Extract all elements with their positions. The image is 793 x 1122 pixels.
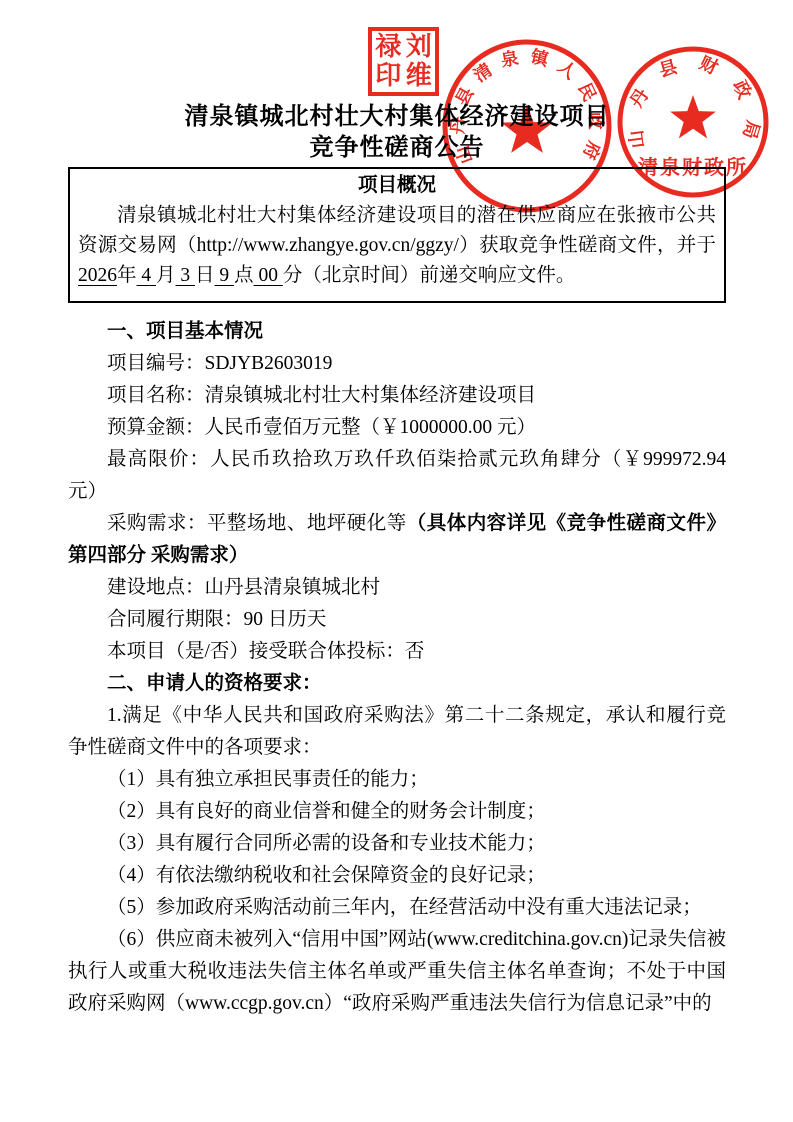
notice-unit-day: 日 — [195, 265, 215, 286]
notice-text: 清泉镇城北村壮大村集体经济建设项目的潜在供应商应在张掖市公共资源交易网（http… — [78, 205, 716, 256]
para-location: 建设地点：山丹县清泉镇城北村 — [68, 572, 726, 604]
para-qualification-2: （2）具有良好的商业信誉和健全的财务会计制度； — [68, 796, 726, 828]
personal-name-seal: 禄 刘 印 维 — [368, 27, 439, 96]
notice-month-blank: 4 — [137, 265, 157, 286]
name-seal-char-4: 维 — [406, 62, 432, 90]
para-price-cap: 最高限价：人民币玖拾玖万玖仟玖佰柒拾贰元玖角肆分（￥999972.94 元） — [68, 444, 726, 508]
procurement-normal: 采购需求：平整场地、地坪硬化等 — [107, 513, 407, 534]
para-procurement: 采购需求：平整场地、地坪硬化等（具体内容详见《竞争性磋商文件》第四部分 采购需求… — [68, 508, 726, 572]
body-text: 一、项目基本情况 项目编号：SDJYB2603019 项目名称：清泉镇城北村壮大… — [68, 316, 726, 1020]
star-icon — [501, 104, 552, 153]
document-page: 清泉镇城北村壮大村集体经济建设项目 竞争性磋商公告 项目概况 清泉镇城北村壮大村… — [0, 0, 793, 1122]
name-seal-char-1: 禄 — [375, 33, 401, 61]
notice-minute-blank: 00 — [254, 265, 283, 286]
section2-heading: 二、申请人的资格要求： — [68, 668, 726, 700]
para-qualification-6: （6）供应商未被列入“信用中国”网站(www.creditchina.gov.c… — [68, 924, 726, 1020]
notice-unit-year: 年 — [117, 265, 137, 286]
para-qualification-4: （4）有依法缴纳税收和社会保障资金的良好记录； — [68, 860, 726, 892]
notice-tail: 分（北京时间）前递交响应文件。 — [283, 265, 576, 286]
para-budget: 预算金额：人民币壹佰万元整（￥1000000.00 元） — [68, 412, 726, 444]
para-project-name: 项目名称：清泉镇城北村壮大村集体经济建设项目 — [68, 380, 726, 412]
para-consortium: 本项目（是/否）接受联合体投标：否 — [68, 636, 726, 668]
finance-seal-bottom-text: 清泉财政所 — [638, 155, 748, 179]
para-qualification-1: （1）具有独立承担民事责任的能力； — [68, 764, 726, 796]
notice-unit-month: 月 — [156, 265, 176, 286]
star-icon — [670, 95, 716, 138]
section1-heading: 一、项目基本情况 — [68, 316, 726, 348]
finance-round-seal: 山丹县财政局 清泉财政所 — [614, 43, 772, 201]
notice-hour-blank: 9 — [215, 265, 235, 286]
notice-day-blank: 3 — [176, 265, 196, 286]
para-qualification-5: （5）参加政府采购活动前三年内，在经营活动中没有重大违法记录； — [68, 892, 726, 924]
para-qualification-3: （3）具有履行合同所必需的设备和专业技术能力； — [68, 828, 726, 860]
document-content: 清泉镇城北村壮大村集体经济建设项目 竞争性磋商公告 项目概况 清泉镇城北村壮大村… — [68, 102, 726, 1020]
name-seal-char-3: 印 — [375, 62, 401, 90]
notice-unit-hour: 点 — [234, 265, 254, 286]
para-project-number: 项目编号：SDJYB2603019 — [68, 348, 726, 380]
name-seal-char-2: 刘 — [406, 33, 432, 61]
para-contract-period: 合同履行期限：90 日历天 — [68, 604, 726, 636]
government-round-seal: 山丹县清泉镇人民政府 — [439, 37, 615, 215]
overview-notice: 清泉镇城北村壮大村集体经济建设项目的潜在供应商应在张掖市公共资源交易网（http… — [78, 201, 716, 291]
para-qualification-intro: 1.满足《中华人民共和国政府采购法》第二十二条规定，承认和履行竞争性磋商文件中的… — [68, 700, 726, 764]
notice-year-blank: 2026 — [78, 265, 117, 286]
